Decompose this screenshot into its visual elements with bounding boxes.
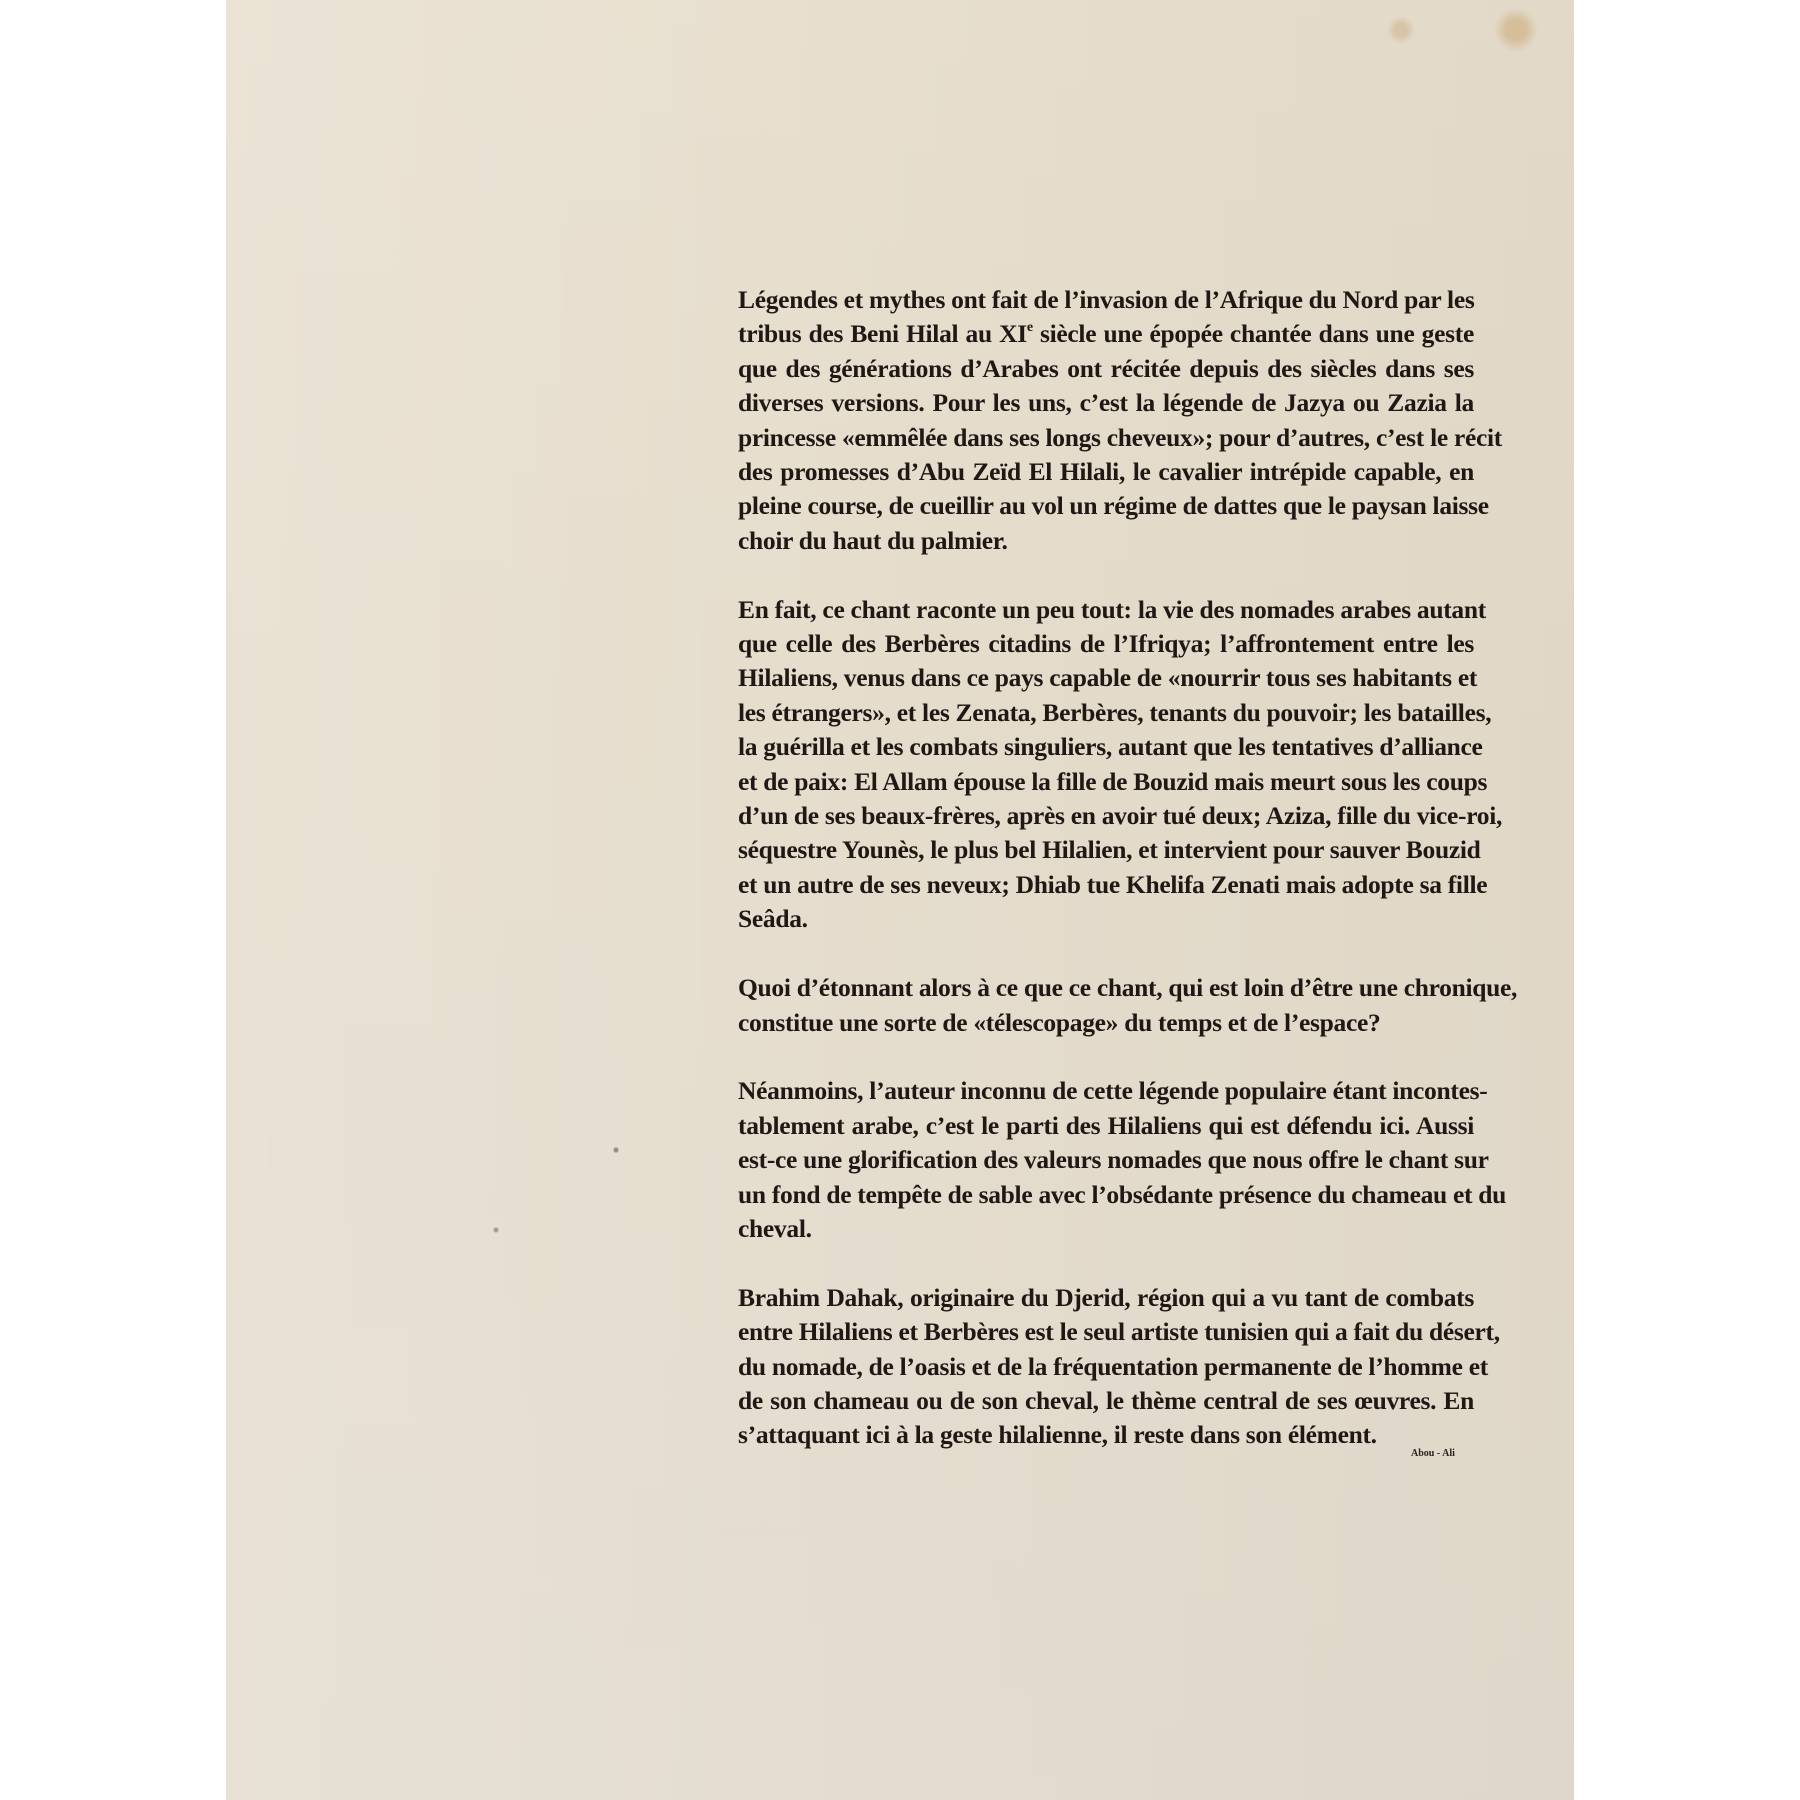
text-line: entre Hilaliens et Berbères est le seul … xyxy=(738,1315,1474,1349)
text-line: diverses versions. Pour les uns, c’est l… xyxy=(738,386,1474,420)
text-line: les étrangers», et les Zenata, Berbères,… xyxy=(738,696,1474,730)
text-line: et un autre de ses neveux; Dhiab tue Khe… xyxy=(738,868,1474,902)
text-line: cheval. xyxy=(738,1212,1474,1246)
text-line: Légendes et mythes ont fait de l’invasio… xyxy=(738,283,1474,317)
text-line: Seâda. xyxy=(738,902,1474,936)
text-line: Quoi d’étonnant alors à ce que ce chant,… xyxy=(738,971,1474,1005)
text-line: un fond de tempête de sable avec l’obséd… xyxy=(738,1178,1474,1212)
text-line: est-ce une glorification des valeurs nom… xyxy=(738,1143,1474,1177)
paper-page: Légendes et mythes ont fait de l’invasio… xyxy=(226,0,1574,1800)
text-line: Néanmoins, l’auteur inconnu de cette lég… xyxy=(738,1074,1474,1108)
text-line: et de paix: El Allam épouse la fille de … xyxy=(738,765,1474,799)
superscript: e xyxy=(1027,320,1033,335)
paragraph-3: Quoi d’étonnant alors à ce que ce chant,… xyxy=(738,971,1474,1040)
text-line: constitue une sorte de «télescopage» du … xyxy=(738,1006,1474,1040)
text-line: séquestre Younès, le plus bel Hilalien, … xyxy=(738,833,1474,867)
text-line: Brahim Dahak, originaire du Djerid, régi… xyxy=(738,1281,1474,1315)
text-line: choir du haut du palmier. xyxy=(738,524,1474,558)
text-line: du nomade, de l’oasis et de la fréquenta… xyxy=(738,1350,1474,1384)
body-text: Légendes et mythes ont fait de l’invasio… xyxy=(738,283,1474,1453)
text-line: la guérilla et les combats singuliers, a… xyxy=(738,730,1474,764)
text-line: d’un de ses beaux-frères, après en avoir… xyxy=(738,799,1474,833)
text-line: des promesses d’Abu Zeïd El Hilali, le c… xyxy=(738,455,1474,489)
text-line: En fait, ce chant raconte un peu tout: l… xyxy=(738,593,1474,627)
paragraph-2: En fait, ce chant raconte un peu tout: l… xyxy=(738,593,1474,937)
text-line: tribus des Beni Hilal au XIe siècle une … xyxy=(738,317,1474,351)
paragraph-4: Néanmoins, l’auteur inconnu de cette lég… xyxy=(738,1074,1474,1246)
text-line: s’attaquant ici à la geste hilalienne, i… xyxy=(738,1418,1474,1452)
text-fragment: siècle une épopée chantée dans une geste xyxy=(1033,319,1474,348)
text-fragment: tribus des Beni Hilal au XI xyxy=(738,319,1027,348)
paragraph-5: Brahim Dahak, originaire du Djerid, régi… xyxy=(738,1281,1474,1453)
text-line: tablement arabe, c’est le parti des Hila… xyxy=(738,1109,1474,1143)
text-line: que celle des Berbères citadins de l’Ifr… xyxy=(738,627,1474,661)
text-line: princesse «emmêlée dans ses longs cheveu… xyxy=(738,421,1474,455)
author-signature: Abou - Ali xyxy=(1411,1448,1455,1459)
text-line: Hilaliens, venus dans ce pays capable de… xyxy=(738,661,1474,695)
text-line: de son chameau ou de son cheval, le thèm… xyxy=(738,1384,1474,1418)
paragraph-1: Légendes et mythes ont fait de l’invasio… xyxy=(738,283,1474,558)
text-line: pleine course, de cueillir au vol un rég… xyxy=(738,489,1474,523)
text-line: que des générations d’Arabes ont récitée… xyxy=(738,352,1474,386)
